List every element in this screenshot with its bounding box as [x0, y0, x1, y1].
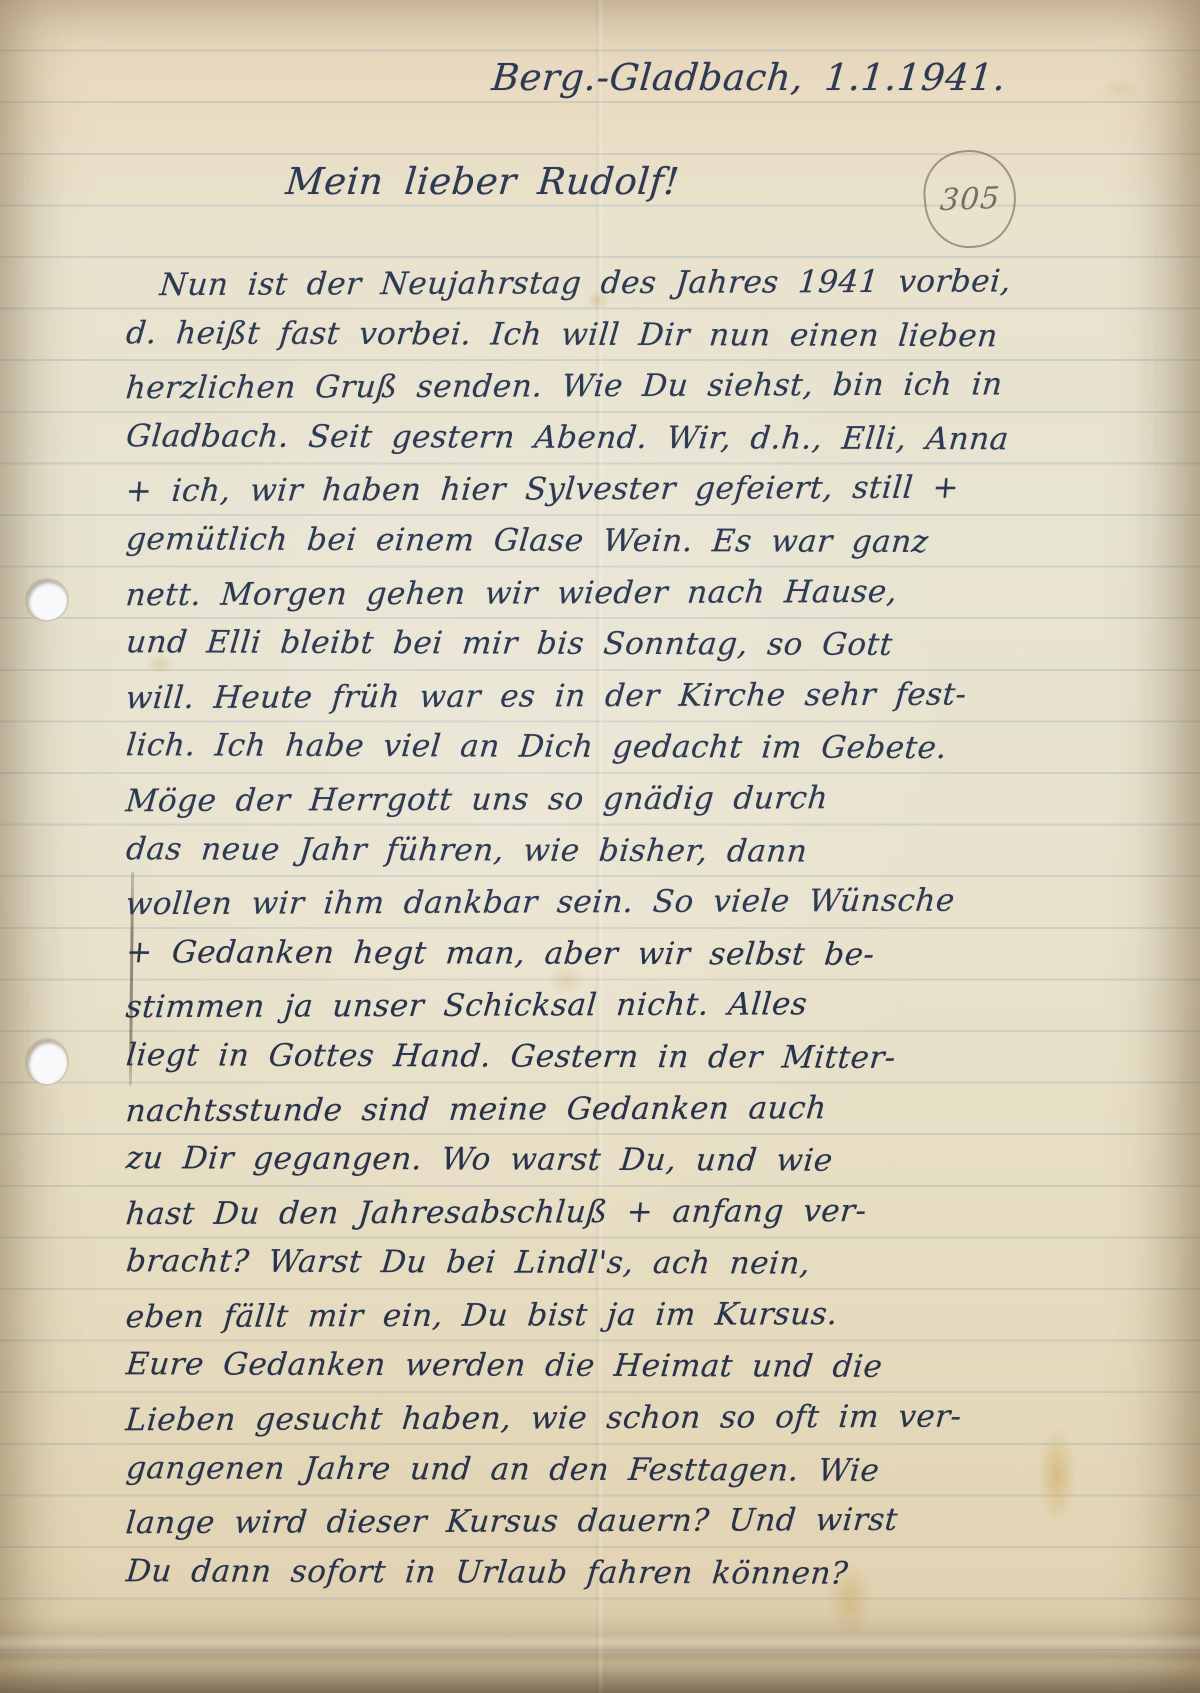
letter-line: und Elli bleibt bei mir bis Sonntag, so … [124, 617, 1148, 672]
letter-line: Nun ist der Neujahrstag des Jahres 1941 … [124, 256, 1149, 312]
punch-hole-top [27, 580, 67, 620]
letter-line: Du dann sofort in Urlaub fahren können? [124, 1546, 1148, 1601]
letter-line: nett. Morgen gehen wir wieder nach Hause… [124, 565, 1149, 621]
letter-line: Möge der Herrgott uns so gnädig durch [124, 772, 1149, 828]
letter-line: lange wird dieser Kursus dauern? Und wir… [124, 1494, 1149, 1550]
archival-number: 305 [939, 180, 1002, 217]
letter-line: d. heißt fast vorbei. Ich will Dir nun e… [124, 308, 1148, 363]
letter-line: wollen wir ihm dankbar sein. So viele Wü… [124, 875, 1149, 931]
letter-line: gemütlich bei einem Glase Wein. Es war g… [124, 514, 1148, 569]
punch-hole-bottom [27, 1040, 67, 1084]
letter-line: will. Heute früh war es in der Kirche se… [124, 669, 1149, 725]
letter-body: Nun ist der Neujahrstag des Jahres 1941 … [126, 258, 1146, 1599]
letter-line: stimmen ja unser Schicksal nicht. Alles [124, 978, 1149, 1034]
letter-line: Eure Gedanken werden die Heimat und die [124, 1340, 1148, 1395]
letter-line: Lieben gesucht haben, wie schon so oft i… [124, 1391, 1149, 1447]
letter-line: lich. Ich habe viel an Dich gedacht im G… [124, 721, 1148, 776]
letter-line: gangenen Jahre und an den Festtagen. Wie [124, 1443, 1148, 1498]
letter-line: nachtsstunde sind meine Gedanken auch [124, 1081, 1149, 1137]
archival-number-circle: 305 [919, 145, 1021, 252]
letter-line: eben fällt mir ein, Du bist ja im Kursus… [124, 1288, 1149, 1344]
letter-line: liegt in Gottes Hand. Gestern in der Mit… [124, 1030, 1148, 1085]
letter-line: bracht? Warst Du bei Lindl's, ach nein, [124, 1237, 1148, 1292]
letter-line: + ich, wir haben hier Sylvester gefeiert… [124, 462, 1149, 518]
dateline: Berg.-Gladbach, 1.1.1941. [490, 56, 1007, 99]
letter-line: Gladbach. Seit gestern Abend. Wir, d.h.,… [124, 411, 1148, 466]
bottom-edge-shadow [0, 1668, 1200, 1693]
letter-line: hast Du den Jahresabschluß + anfang ver- [124, 1184, 1149, 1240]
letter-line: herzlichen Gruß senden. Wie Du siehst, b… [124, 359, 1149, 415]
letter-line: das neue Jahr führen, wie bisher, dann [124, 824, 1148, 879]
horizontal-fold-crease [0, 1616, 1200, 1662]
letter-line: zu Dir gegangen. Wo warst Du, und wie [124, 1133, 1148, 1188]
letter-page: Berg.-Gladbach, 1.1.1941. 305 Mein liebe… [0, 0, 1200, 1693]
salutation: Mein lieber Rudolf! [284, 160, 681, 203]
letter-line: + Gedanken hegt man, aber wir selbst be- [124, 927, 1148, 982]
